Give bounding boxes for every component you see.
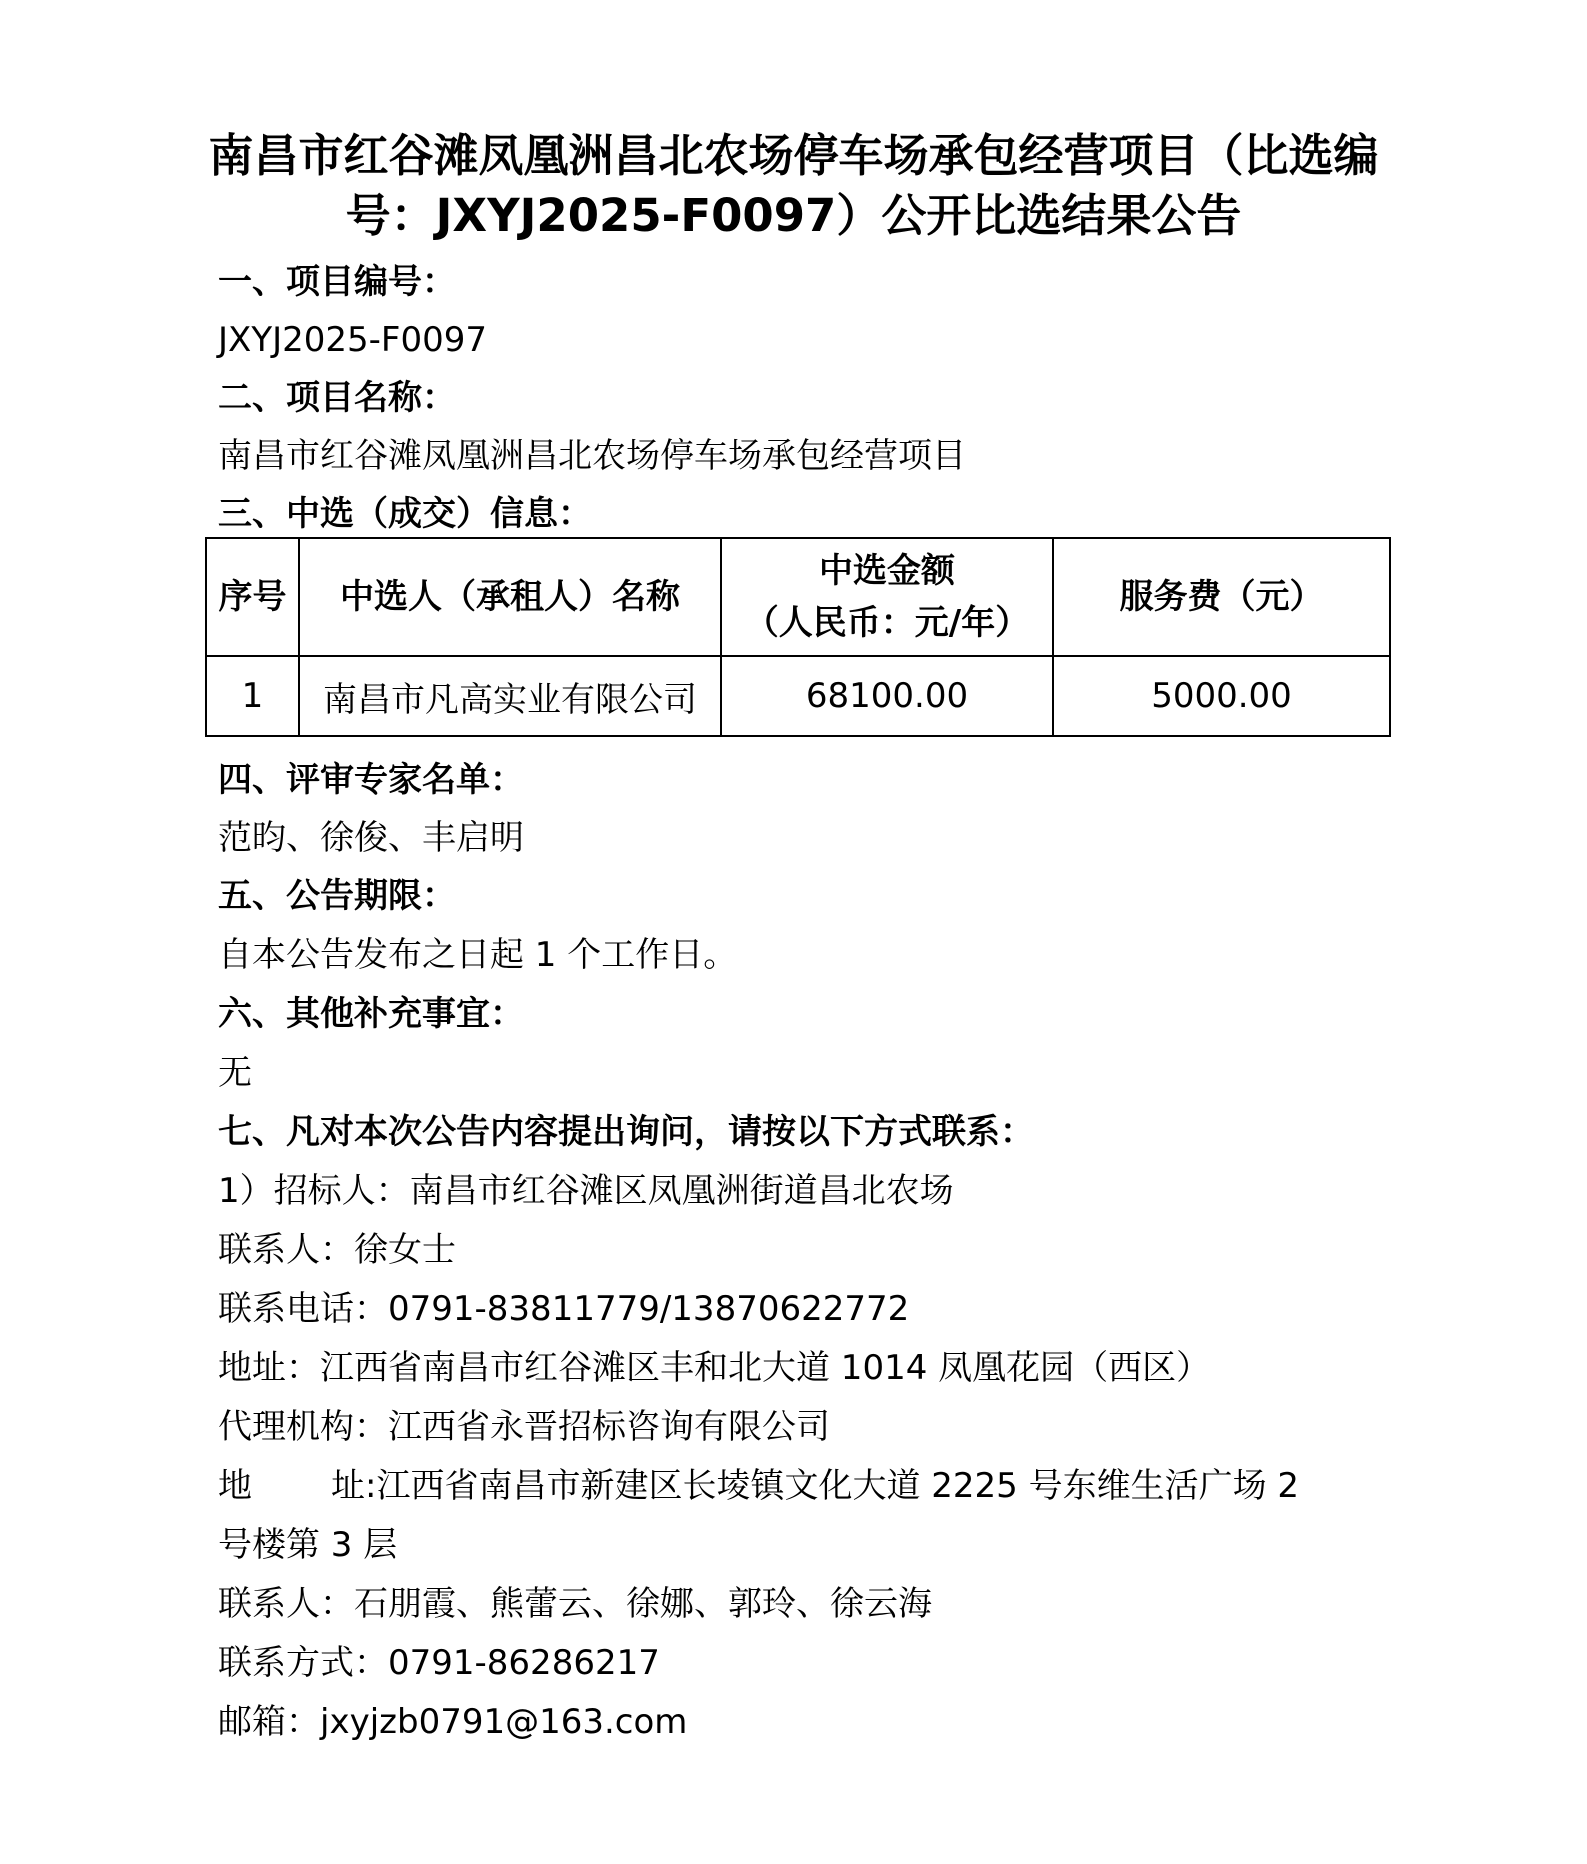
section-1-heading: 一、项目编号： bbox=[218, 259, 456, 305]
cell-amount: 68100.00 bbox=[721, 656, 1053, 736]
table-row: 1 南昌市凡高实业有限公司 68100.00 5000.00 bbox=[206, 656, 1390, 736]
agency-address: 地址:江西省南昌市新建区长堎镇文化大道 2225 号东维生活广场 2 bbox=[218, 1463, 1299, 1509]
section-6-heading: 六、其他补充事宜： bbox=[218, 991, 524, 1037]
announcement-period: 自本公告发布之日起 1 个工作日。 bbox=[218, 932, 737, 978]
result-table: 序号 中选人（承租人）名称 中选金额 （人民币：元/年） 服务费（元） 1 南昌… bbox=[205, 537, 1391, 737]
section-4-heading: 四、评审专家名单： bbox=[218, 757, 524, 803]
tenderer: 1）招标人：南昌市红谷滩区凤凰洲街道昌北农场 bbox=[218, 1168, 954, 1214]
agency-address-continued: 号楼第 3 层 bbox=[218, 1522, 397, 1568]
agency-email[interactable]: 邮箱：jxyjzb0791@163.com bbox=[218, 1699, 687, 1745]
tenderer-phone: 联系电话：0791-83811779/13870622772 bbox=[218, 1286, 909, 1332]
other-matters: 无 bbox=[218, 1050, 252, 1096]
section-5-heading: 五、公告期限： bbox=[218, 873, 456, 919]
col-header-amount: 中选金额 （人民币：元/年） bbox=[721, 538, 1053, 656]
tenderer-address: 地址：江西省南昌市红谷滩区丰和北大道 1014 凤凰花园（西区） bbox=[218, 1345, 1210, 1391]
agency-phone: 联系方式：0791-86286217 bbox=[218, 1640, 660, 1686]
col-header-index: 序号 bbox=[206, 538, 299, 656]
agency-address-label-2: 址: bbox=[331, 1466, 376, 1506]
expert-list: 范昀、徐俊、丰启明 bbox=[218, 815, 524, 861]
cell-winner-name: 南昌市凡高实业有限公司 bbox=[299, 656, 721, 736]
project-number: JXYJ2025-F0097 bbox=[218, 317, 487, 363]
agency-address-label-1: 地 bbox=[218, 1463, 331, 1509]
agency-contacts: 联系人：石朋霞、熊蕾云、徐娜、郭玲、徐云海 bbox=[218, 1581, 932, 1627]
section-2-heading: 二、项目名称： bbox=[218, 375, 456, 421]
section-3-heading: 三、中选（成交）信息： bbox=[218, 491, 592, 537]
document-title-line1: 南昌市红谷滩凤凰洲昌北农场停车场承包经营项目（比选编 bbox=[200, 126, 1387, 186]
cell-service-fee: 5000.00 bbox=[1053, 656, 1390, 736]
agency: 代理机构：江西省永晋招标咨询有限公司 bbox=[218, 1404, 830, 1450]
section-7-heading: 七、凡对本次公告内容提出询问，请按以下方式联系： bbox=[218, 1109, 1034, 1155]
project-name: 南昌市红谷滩凤凰洲昌北农场停车场承包经营项目 bbox=[218, 433, 966, 479]
cell-index: 1 bbox=[206, 656, 299, 736]
document-title-line2: 号：JXYJ2025-F0097）公开比选结果公告 bbox=[200, 186, 1387, 246]
agency-address-value: 江西省南昌市新建区长堎镇文化大道 2225 号东维生活广场 2 bbox=[376, 1466, 1299, 1506]
col-header-service-fee: 服务费（元） bbox=[1053, 538, 1390, 656]
table-header-row: 序号 中选人（承租人）名称 中选金额 （人民币：元/年） 服务费（元） bbox=[206, 538, 1390, 656]
col-header-amount-line1: 中选金额 bbox=[722, 545, 1052, 597]
col-header-winner-name: 中选人（承租人）名称 bbox=[299, 538, 721, 656]
tenderer-contact: 联系人：徐女士 bbox=[218, 1227, 456, 1273]
col-header-amount-line2: （人民币：元/年） bbox=[722, 597, 1052, 649]
